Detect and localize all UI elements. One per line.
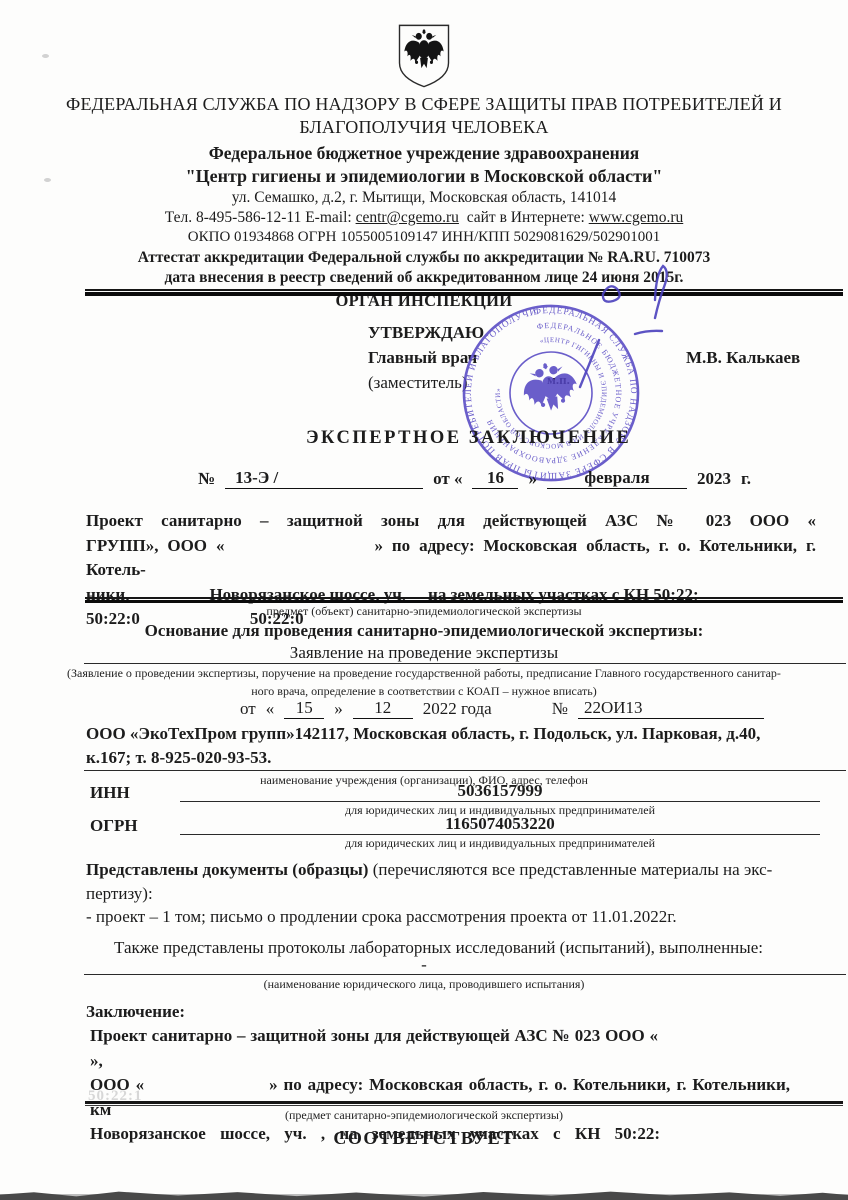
applicant-underline: [84, 770, 846, 771]
ogrn-caption: для юридических лиц и индивидуальных пре…: [180, 836, 820, 851]
documents-heading-cont: пертизу):: [86, 882, 821, 906]
basis-date-line: от « 15 » 12 2022 года № 22ОИ13: [240, 698, 800, 719]
document-title: ЭКСПЕРТНОЕ ЗАКЛЮЧЕНИЕ: [306, 428, 631, 449]
scanned-expert-conclusion-document: ФЕДЕРАЛЬНАЯ СЛУЖБА ПО НАДЗОРУ В СФЕРЕ ЗА…: [0, 0, 848, 1200]
date-day: 16: [472, 468, 518, 489]
number-sign: №: [198, 469, 215, 489]
header-divider: [85, 289, 843, 296]
accreditation-date-line: дата внесения в реестр сведений об аккре…: [0, 268, 848, 288]
subject-line1: Проект санитарно – защитной зоны для дей…: [86, 509, 816, 534]
date-from-label: от «: [433, 469, 462, 489]
site-label: сайт в Интернете:: [467, 209, 585, 226]
conclusion-caption: (предмет санитарно-эпидемиологической эк…: [0, 1108, 848, 1123]
basis-caption-line1: (Заявление о проведении экспертизы, пору…: [0, 666, 848, 681]
basis-open-quote: «: [266, 699, 275, 719]
site-link: www.cgemo.ru: [589, 209, 684, 226]
ogrn-value: 1165074053220: [180, 814, 820, 834]
institution-address: ул. Семашко, д.2, г. Мытищи, Московская …: [0, 188, 848, 208]
date-year-suffix: г.: [741, 469, 751, 489]
verdict: СООТВЕТСТВУЕТ: [0, 1128, 848, 1149]
applicant-line1: ООО «ЭкоТехПром групп»142117, Московская…: [86, 722, 821, 746]
subject-underline: [85, 597, 843, 603]
date-year: 2023: [697, 469, 731, 489]
conclusion-line2b: » по адресу: Московская область, г. о. К…: [269, 1075, 790, 1094]
ogrn-underline: [180, 834, 820, 835]
inn-value: 5036157999: [180, 781, 820, 801]
documents-heading: Представлены документы (образцы) (перечи…: [86, 858, 821, 882]
org-name-line2: БЛАГОПОЛУЧИЯ ЧЕЛОВЕКА: [0, 116, 848, 139]
basis-number-sign: №: [552, 699, 568, 719]
date-month: февраля: [547, 468, 687, 489]
basis-number: 22ОИ13: [578, 698, 764, 719]
subject-line2: ГРУПП», ООО «» по адресу: Московская обл…: [86, 534, 816, 583]
document-number-line: № 13-Э / от « 16 » февраля 2023 г.: [198, 468, 788, 489]
conclusion-label: Заключение:: [86, 1002, 185, 1022]
org-name-line1: ФЕДЕРАЛЬНАЯ СЛУЖБА ПО НАДЗОРУ В СФЕРЕ ЗА…: [0, 93, 848, 116]
protocols-empty-value: -: [0, 955, 848, 975]
russian-coat-of-arms-icon: [396, 22, 452, 90]
date-close-quote: »: [528, 469, 537, 489]
document-number-value: 13-Э /: [225, 468, 423, 489]
documents-block: Представлены документы (образцы) (перечи…: [86, 858, 821, 959]
registration-codes: ОКПО 01934868 ОГРН 1055005109147 ИНН/КПП…: [0, 228, 848, 248]
institution-type: Федеральное бюджетное учреждение здравоо…: [0, 142, 848, 165]
institution-name: "Центр гигиены и эпидемиологии в Московс…: [0, 165, 848, 188]
basis-value: Заявление на проведение экспертизы: [0, 643, 848, 663]
conclusion-line1a: Проект санитарно – защитной зоны для дей…: [90, 1026, 658, 1045]
basis-close-quote: »: [334, 699, 343, 719]
subject-line2a: ГРУПП», ООО «: [86, 536, 224, 555]
documents-heading-bold: Представлены документы (образцы): [86, 860, 368, 879]
ogrn-label: ОГРН: [90, 816, 138, 836]
subject-caption: предмет (объект) санитарно-эпидемиологич…: [0, 604, 848, 619]
basis-heading: Основание для проведения санитарно-эпиде…: [0, 621, 848, 641]
inn-label: ИНН: [90, 783, 130, 803]
letterhead: ФЕДЕРАЛЬНАЯ СЛУЖБА ПО НАДЗОРУ В СФЕРЕ ЗА…: [0, 22, 848, 311]
basis-from-label: от: [240, 699, 256, 719]
contacts-line: Тел. 8-495-586-12-11 E-mail: centr@cgemo…: [0, 208, 848, 228]
applicant-block: ООО «ЭкоТехПром групп»142117, Московская…: [86, 722, 821, 770]
protocols-caption: (наименование юридического лица, проводи…: [0, 977, 848, 992]
conclusion-line1: Проект санитарно – защитной зоны для дей…: [90, 1024, 818, 1073]
phone: Тел. 8-495-586-12-11: [165, 209, 302, 226]
basis-year: 2022 года: [423, 699, 492, 719]
basis-day: 15: [284, 698, 324, 719]
documents-item: - проект – 1 том; письмо о продлении сро…: [86, 905, 821, 929]
basis-caption-line2: ного врача, определение в соответствии с…: [0, 684, 848, 699]
documents-heading-rest: (перечисляются все представленные матери…: [373, 860, 773, 879]
accreditation-line: Аттестат аккредитации Федеральной службы…: [0, 248, 848, 268]
inn-underline: [180, 801, 820, 802]
applicant-line2: к.167; т. 8-925-020-93-53.: [86, 746, 821, 770]
protocols-underline: [84, 974, 846, 975]
approver-name: М.В. Калькаев: [686, 348, 800, 368]
stamp-eagle-icon: [518, 357, 581, 415]
conclusion-line1b: »,: [90, 1051, 103, 1070]
email-link: centr@cgemo.ru: [356, 209, 459, 226]
email-label: E-mail:: [305, 209, 352, 226]
basis-underline: [84, 663, 846, 664]
conclusion-underline: [85, 1101, 843, 1106]
basis-month: 12: [353, 698, 413, 719]
